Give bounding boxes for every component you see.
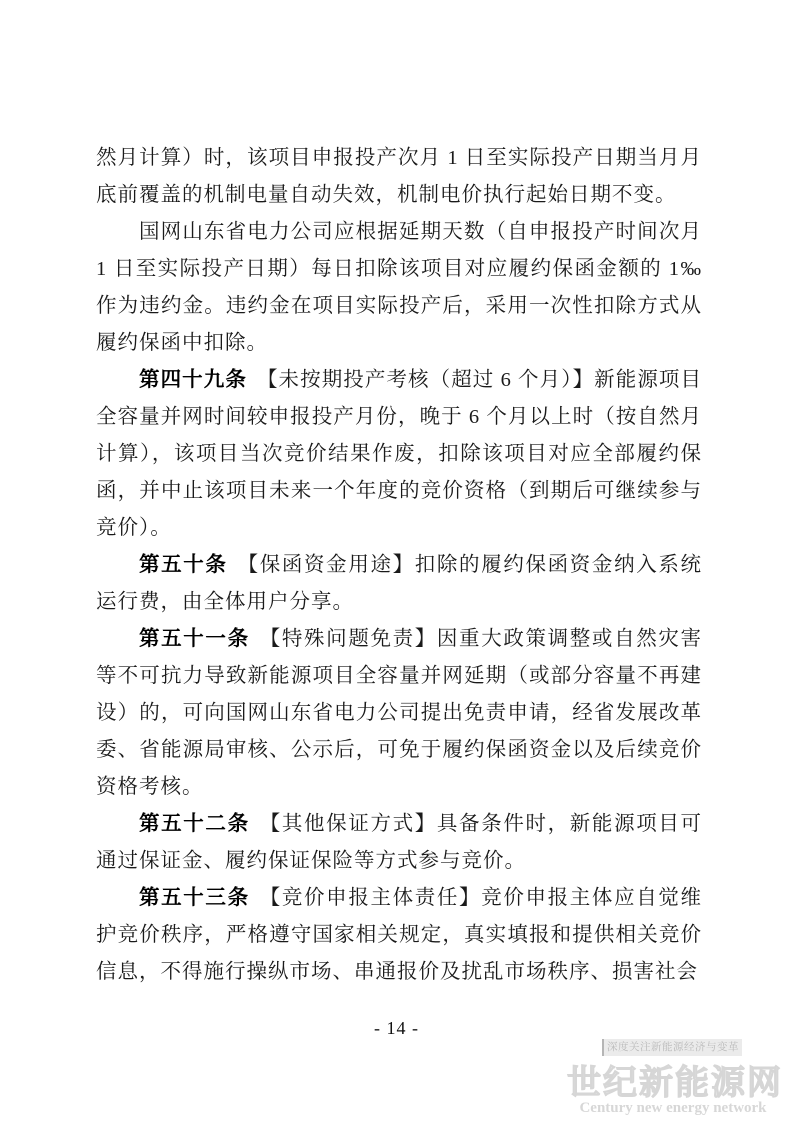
watermark-site-name: 世纪新能源网 bbox=[556, 1062, 793, 1104]
paragraph-article-49: 第四十九条【未按期投产考核（超过 6 个月）】新能源项目全容量并网时间较申报投产… bbox=[96, 362, 702, 547]
paragraph-text: 【未按期投产考核（超过 6 个月）】新能源项目全容量并网时间较申报投产月份，晚于… bbox=[96, 369, 702, 539]
paragraph-text: 国网山东省电力公司应根据延期天数（自申报投产时间次月 1 日至实际投产日期）每日… bbox=[96, 221, 702, 354]
document-page: 然月计算）时，该项目申报投产次月 1 日至实际投产日期当月月底前覆盖的机制电量自… bbox=[0, 0, 793, 1122]
watermark-slogan: 深度关注新能源经济与变革 bbox=[602, 1039, 742, 1056]
paragraph-text: 然月计算）时，该项目申报投产次月 1 日至实际投产日期当月月底前覆盖的机制电量自… bbox=[96, 147, 702, 206]
paragraph: 国网山东省电力公司应根据延期天数（自申报投产时间次月 1 日至实际投产日期）每日… bbox=[96, 214, 702, 362]
paragraph-text: 【特殊问题免责】因重大政策调整或自然灾害等不可抗力导致新能源项目全容量并网延期（… bbox=[96, 628, 702, 798]
article-number: 第五十二条 bbox=[139, 813, 250, 835]
paragraph-article-52: 第五十二条【其他保证方式】具备条件时，新能源项目可通过保证金、履约保证保险等方式… bbox=[96, 806, 702, 880]
article-number: 第四十九条 bbox=[139, 369, 247, 391]
paragraph-article-50: 第五十条【保函资金用途】扣除的履约保函资金纳入系统运行费，由全体用户分享。 bbox=[96, 547, 702, 621]
paragraph-continuation: 然月计算）时，该项目申报投产次月 1 日至实际投产日期当月月底前覆盖的机制电量自… bbox=[96, 140, 702, 214]
paragraph-article-53: 第五十三条【竞价申报主体责任】竞价申报主体应自觉维护竞价秩序，严格遵守国家相关规… bbox=[96, 880, 702, 991]
watermark-site-name-en: Century new energy network bbox=[577, 1100, 769, 1117]
article-number: 第五十三条 bbox=[139, 887, 250, 909]
document-body: 然月计算）时，该项目申报投产次月 1 日至实际投产日期当月月底前覆盖的机制电量自… bbox=[96, 140, 702, 991]
article-number: 第五十一条 bbox=[139, 628, 250, 650]
paragraph-article-51: 第五十一条【特殊问题免责】因重大政策调整或自然灾害等不可抗力导致新能源项目全容量… bbox=[96, 621, 702, 806]
page-number: - 14 - bbox=[0, 1018, 793, 1039]
article-number: 第五十条 bbox=[139, 554, 228, 576]
